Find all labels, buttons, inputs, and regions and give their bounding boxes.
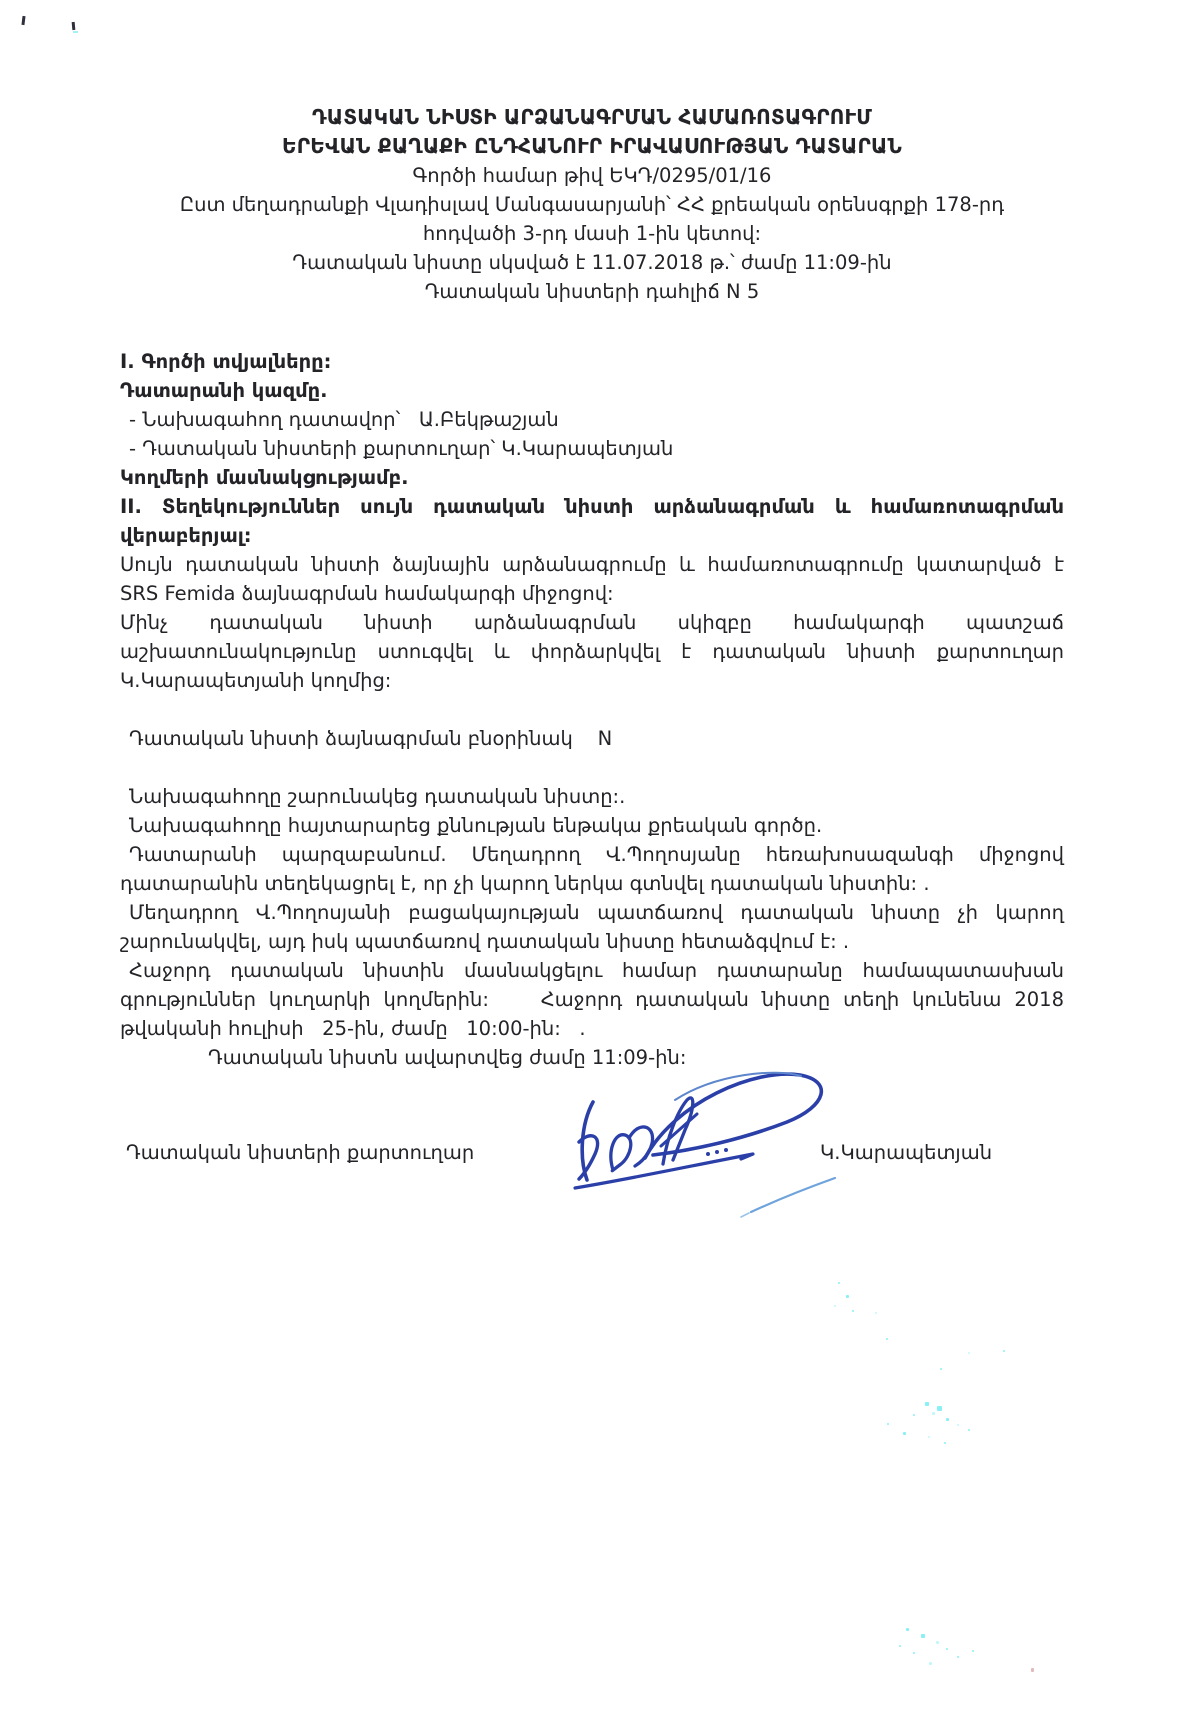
header-line: Ըստ մեղադրանքի Վլադիսլավ Մանգասարյանի՝ Հ…	[120, 190, 1064, 219]
scan-speckle	[875, 1312, 877, 1314]
document-header: ԴԱՏԱԿԱՆ ՆԻՍՏԻ ԱՐՁԱՆԱԳՐՄԱՆ ՀԱՄԱՌՈՏԱԳՐՈՒՄԵ…	[120, 103, 1064, 306]
signature-block: Դատական նիստերի քարտուղար Կ.Կարապետյա	[120, 1129, 1064, 1259]
header-line: ԴԱՏԱԿԱՆ ՆԻՍՏԻ ԱՐՁԱՆԱԳՐՄԱՆ ՀԱՄԱՌՈՏԱԳՐՈՒՄ	[120, 103, 1064, 132]
scan-mark	[21, 16, 25, 25]
scan-speckle	[903, 1432, 906, 1435]
scan-speckle	[886, 1338, 888, 1340]
header-line: ԵՐԵՎԱՆ ՔԱՂԱՔԻ ԸՆԴՀԱՆՈՒՐ ԻՐԱՎԱՍՈՒԹՅԱՆ ԴԱՏ…	[120, 132, 1064, 161]
scan-speckle	[946, 1418, 949, 1421]
text-line: Կողմերի մասնակցությամբ.	[120, 463, 1064, 492]
scan-speckle	[913, 1652, 915, 1654]
text-line: Սույն դատական նիստի ձայնային արձանագրում…	[120, 550, 1064, 579]
scan-speckle	[852, 1310, 854, 1312]
scan-speckle	[929, 1662, 932, 1665]
scanned-court-document: ԴԱՏԱԿԱՆ ՆԻՍՏԻ ԱՐՁԱՆԱԳՐՄԱՆ ՀԱՄԱՌՈՏԱԳՐՈՒՄԵ…	[0, 0, 1185, 1721]
scan-speckle	[838, 1282, 840, 1284]
scan-speckle	[887, 1423, 889, 1425]
scan-speckle	[925, 1402, 929, 1406]
scan-speckle	[937, 1406, 942, 1411]
handwritten-signature-icon	[545, 1062, 845, 1222]
text-line: դատարանին տեղեկացրել է, որ չի կարող ներկ…	[120, 869, 1064, 898]
scan-speckle	[1031, 1668, 1034, 1672]
scan-speckle	[932, 1412, 935, 1415]
scan-speckle	[834, 1305, 836, 1307]
scan-speckle	[972, 1650, 974, 1652]
text-line: Կ.Կարապետյանի կողմից:	[120, 666, 1064, 695]
text-line: Մինչ դատական նիստի արձանագրման սկիզբը հա…	[120, 608, 1064, 637]
scan-speckle	[957, 1424, 959, 1426]
text-line: թվականի հուլիսի 25-ին, ժամը 10:00-ին: .	[120, 1014, 1064, 1043]
text-line: I. Գործի տվյալները:	[120, 347, 1064, 376]
scan-speckle	[899, 1645, 901, 1647]
header-line: Դատական նիստը սկսված է 11.07.2018 թ.՝ ժա…	[120, 248, 1064, 277]
scan-speckle	[846, 1295, 849, 1298]
text-line	[120, 753, 1064, 782]
scan-speckle	[957, 1656, 959, 1658]
scan-speckle	[944, 1442, 946, 1444]
header-line: հոդվածի 3-րդ մասի 1-ին կետով:	[120, 219, 1064, 248]
text-line: Դատարանի կազմը.	[120, 376, 1064, 405]
text-line: Հաջորդ դատական նիստին մասնակցելու համար …	[120, 956, 1064, 985]
scan-speckle	[928, 1436, 930, 1438]
text-line: աշխատունակությունը ստուգվել և փորձարկվել…	[120, 637, 1064, 666]
text-line: II. Տեղեկություններ սույն դատական նիստի …	[120, 492, 1064, 521]
scan-speckle	[968, 1429, 970, 1431]
signature-role-label: Դատական նիստերի քարտուղար	[126, 1141, 474, 1164]
text-line: Նախագահողը հայտարարեց քննության ենթակա ք…	[120, 811, 1064, 840]
text-line: Դատական նիստի ձայնագրման բնօրինակ N	[120, 724, 1064, 753]
scan-speckle	[968, 1352, 970, 1354]
text-line: շարունակվել, այդ իսկ պատճառով դատական նի…	[120, 927, 1064, 956]
text-line	[120, 695, 1064, 724]
text-line: Դատարանի պարզաբանում. Մեղադրող Վ.Պողոսյա…	[120, 840, 1064, 869]
scan-speckle	[936, 1641, 939, 1644]
signature-name: Կ.Կարապետյան	[820, 1141, 992, 1164]
scan-mark	[72, 22, 76, 30]
text-line: - Նախագահող դատավոր՝ Ա.Բեկթաշյան	[120, 405, 1064, 434]
scan-speckle	[921, 1634, 925, 1638]
text-line: վերաբերյալ:	[120, 521, 1064, 550]
scan-speckle	[913, 1414, 915, 1416]
text-line: SRS Femida ձայնագրման համակարգի միջոցով:	[120, 579, 1064, 608]
header-line: Գործի համար թիվ ԵԿԴ/0295/01/16	[120, 161, 1064, 190]
scan-speckle	[946, 1648, 948, 1650]
scan-speckle	[940, 1368, 942, 1370]
header-line: Դատական նիստերի դահլիճ N 5	[120, 277, 1064, 306]
scan-artifact	[73, 31, 78, 33]
text-line: Մեղադրող Վ.Պողոսյանի բացակայության պատճա…	[120, 898, 1064, 927]
scan-speckle	[906, 1628, 909, 1631]
scan-speckle	[1003, 1350, 1005, 1352]
document-body: I. Գործի տվյալները:Դատարանի կազմը.- Նախա…	[120, 347, 1064, 1072]
text-line: Նախագահողը շարունակեց դատական նիստը:.	[120, 782, 1064, 811]
text-line: - Դատական նիստերի քարտուղար՝ Կ.Կարապետյա…	[120, 434, 1064, 463]
text-line: գրություններ կուղարկի կողմերին: Հաջորդ դ…	[120, 985, 1064, 1014]
